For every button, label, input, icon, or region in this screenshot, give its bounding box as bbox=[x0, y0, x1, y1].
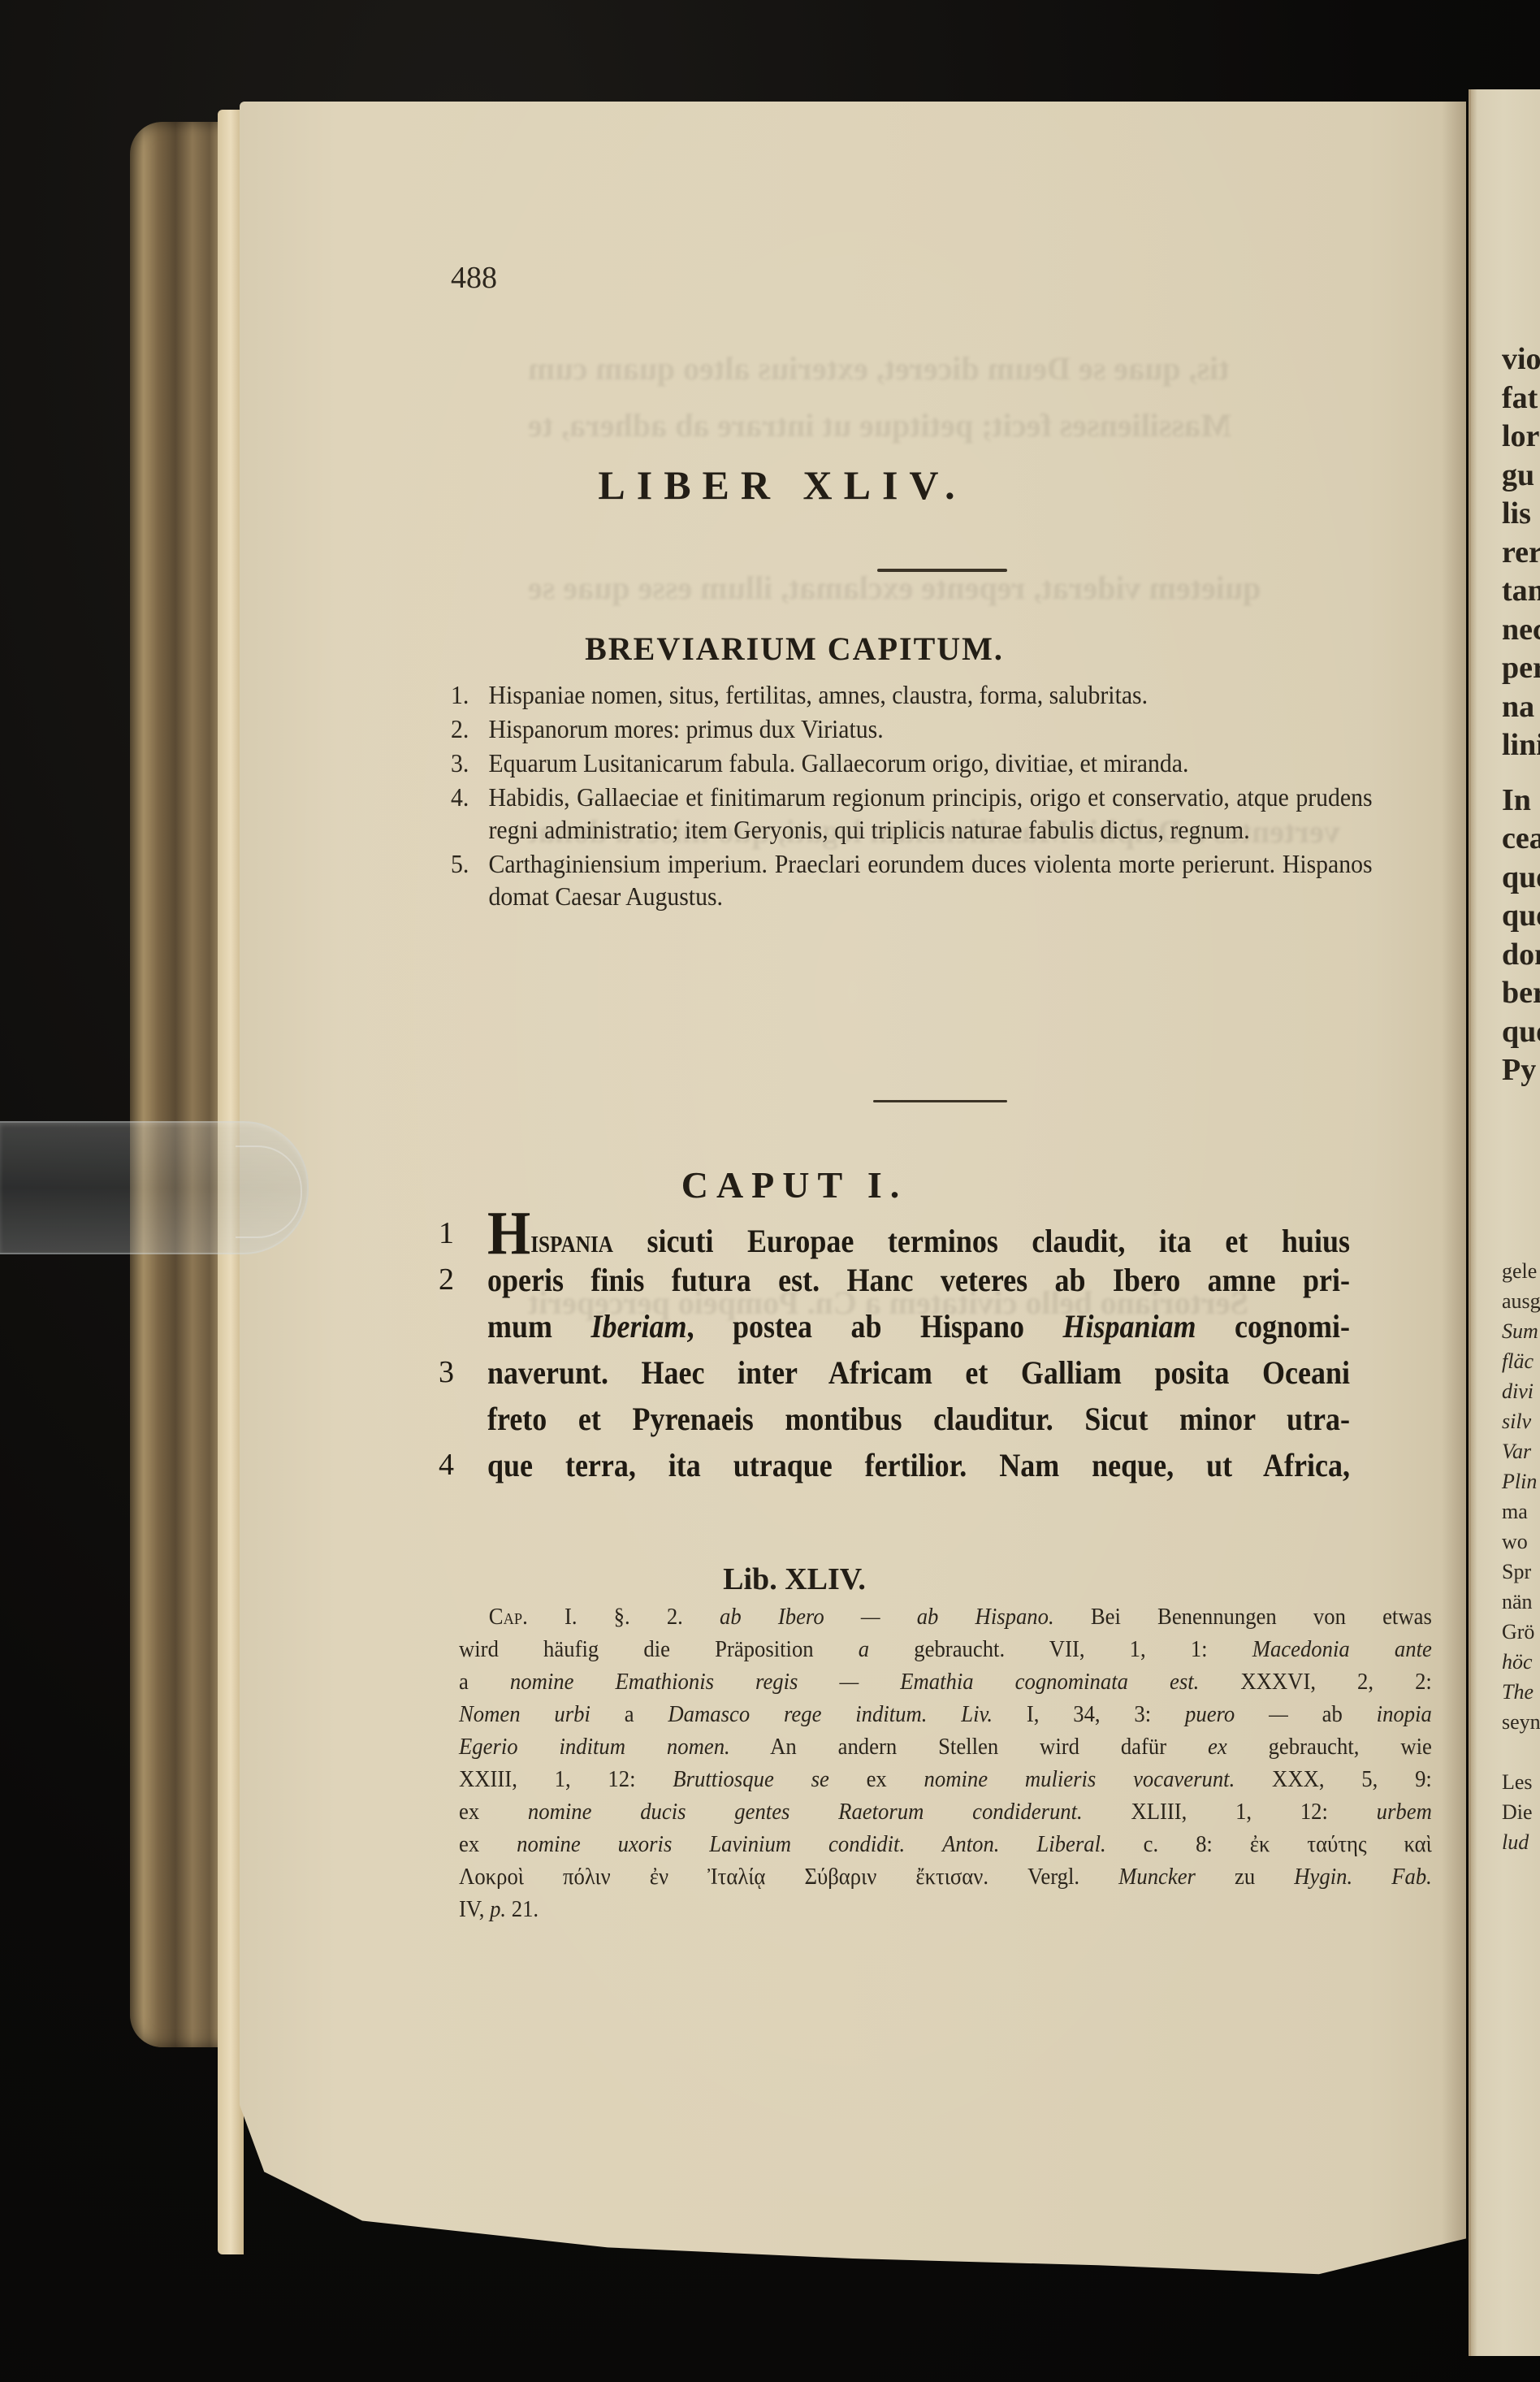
text-run: IV, bbox=[459, 1896, 490, 1922]
text-run: nomine ducis gentes Raetorum condiderunt… bbox=[479, 1799, 1083, 1825]
footnote-line: a nomine Emathionis regis — Emathia cogn… bbox=[459, 1665, 1432, 1698]
text-run: a bbox=[625, 1701, 634, 1727]
text-run: Muncker bbox=[1118, 1864, 1196, 1890]
text-run: ab Ibero — ab Hispano. bbox=[720, 1604, 1054, 1630]
text-run: ispania bbox=[530, 1223, 613, 1259]
item-number: 2. bbox=[451, 712, 489, 745]
verse-number bbox=[439, 1303, 487, 1349]
chapter-line-text: que terra, ita utraque fertilior. Nam ne… bbox=[487, 1442, 1350, 1488]
text-run: nomine uxoris Lavinium condidit. bbox=[479, 1831, 905, 1857]
next-page-note-fragment: höc bbox=[1502, 1650, 1533, 1674]
item-text: Hispanorum mores: primus dux Viriatus. bbox=[489, 712, 1373, 745]
signature-mark: Lib. XLIV. bbox=[0, 1561, 1540, 1597]
text-run: ex bbox=[1208, 1734, 1227, 1760]
text-run: Liv. bbox=[961, 1701, 993, 1727]
item-text: Equarum Lusitanicarum fabula. Gallaecoru… bbox=[489, 747, 1373, 779]
chapter-line: 2operis finis futura est. Hanc veteres a… bbox=[439, 1257, 1446, 1303]
text-run: Cap. I. §. 2. bbox=[489, 1604, 720, 1630]
next-page-note-fragment: silv bbox=[1502, 1410, 1531, 1434]
footnote-line: Egerio inditum nomen. An andern Stellen … bbox=[459, 1730, 1432, 1763]
breviarium-item: 3. Equarum Lusitanicarum fabula. Gallaec… bbox=[451, 747, 1373, 779]
next-page-note-fragment: Die bbox=[1502, 1800, 1533, 1825]
next-page-note-fragment: gele bbox=[1502, 1259, 1537, 1284]
next-page-text-fragment: lor bbox=[1502, 418, 1539, 454]
next-page-note-fragment: Les bbox=[1502, 1770, 1533, 1795]
chapter-line-text: naverunt. Haec inter Africam et Galliam … bbox=[487, 1349, 1350, 1396]
next-page-note-fragment: seyn bbox=[1502, 1710, 1540, 1735]
book-photo: viofatlorgulisrertannecpernaliniInceaque… bbox=[0, 0, 1540, 2382]
text-run: XLIII, 1, 12: bbox=[1083, 1799, 1377, 1825]
next-page-note-fragment: Var bbox=[1502, 1440, 1531, 1464]
chapter-line-text: freto et Pyrenaeis montibus clauditur. S… bbox=[487, 1396, 1350, 1442]
text-run: Bruttiosque se bbox=[673, 1766, 866, 1792]
text-run: Hispaniam bbox=[1063, 1308, 1196, 1345]
breviarium-item: 4. Habidis, Gallaeciae et finitimarum re… bbox=[451, 781, 1373, 846]
footnote-line: wird häufig die Präposition a gebraucht.… bbox=[459, 1633, 1432, 1665]
next-page-note-fragment: ausg bbox=[1502, 1289, 1540, 1314]
breviarium-item: 2. Hispanorum mores: primus dux Viriatus… bbox=[451, 712, 1373, 745]
text-run: nomine mulieris vocaverunt. bbox=[887, 1766, 1235, 1792]
text-run: naverunt. Haec inter Africam et Galliam … bbox=[487, 1354, 1350, 1391]
text-run: ex bbox=[867, 1766, 887, 1792]
text-run: ab bbox=[1322, 1701, 1343, 1727]
next-page-note-fragment: The bbox=[1502, 1680, 1534, 1704]
chapter-line: 3naverunt. Haec inter Africam et Galliam… bbox=[439, 1349, 1446, 1396]
chapter-line: 1Hispania sicuti Europae terminos claudi… bbox=[439, 1210, 1446, 1257]
footnote-line: Λοκροὶ πόλιν ἐν Ἰταλίᾳ Σύβαριν ἔκτισαν. … bbox=[459, 1860, 1432, 1893]
chapter-text: 1Hispania sicuti Europae terminos claudi… bbox=[439, 1210, 1446, 1488]
next-page-note-fragment: ma bbox=[1502, 1500, 1528, 1524]
section-rule bbox=[873, 1100, 1007, 1102]
chapter-line: 4que terra, ita utraque fertilior. Nam n… bbox=[439, 1442, 1446, 1488]
text-run: Anton. Liberal. bbox=[942, 1831, 1106, 1857]
next-page-note-fragment: fläc bbox=[1502, 1349, 1534, 1374]
text-run: Hygin. Fab. bbox=[1294, 1864, 1432, 1890]
next-page-note-fragment: Sum bbox=[1502, 1319, 1538, 1344]
item-number: 3. bbox=[451, 747, 489, 779]
next-page-text-fragment: lini bbox=[1502, 727, 1540, 763]
text-run: freto et Pyrenaeis montibus clauditur. S… bbox=[487, 1401, 1350, 1437]
next-page-text-fragment: tan bbox=[1502, 573, 1540, 608]
next-page-text-fragment: fat bbox=[1502, 380, 1538, 416]
verse-number: 2 bbox=[439, 1257, 487, 1303]
text-run: I, 34, 3: bbox=[993, 1701, 1185, 1727]
verse-number: 1 bbox=[439, 1210, 487, 1257]
next-page-text-fragment: que bbox=[1502, 898, 1540, 933]
text-run: XXIII, 1, 12: bbox=[459, 1766, 673, 1792]
text-run: operis finis futura est. Hanc veteres ab… bbox=[487, 1262, 1350, 1298]
text-run bbox=[905, 1831, 942, 1857]
chapter-line: freto et Pyrenaeis montibus clauditur. S… bbox=[439, 1396, 1446, 1442]
text-run: XXX, 5, 9: bbox=[1235, 1766, 1432, 1792]
footnote-line: ex nomine uxoris Lavinium condidit. Anto… bbox=[459, 1828, 1432, 1860]
text-run: zu bbox=[1196, 1864, 1294, 1890]
item-number: 1. bbox=[451, 678, 489, 711]
breviarium-heading: BREVIARIUM CAPITUM. bbox=[0, 630, 1540, 668]
next-page-note-fragment: lud bbox=[1502, 1830, 1529, 1855]
next-page-text-fragment: Py bbox=[1502, 1052, 1536, 1088]
next-page-note-fragment: wo bbox=[1502, 1530, 1528, 1554]
footnote-line: ex nomine ducis gentes Raetorum condider… bbox=[459, 1795, 1432, 1828]
next-page-text-fragment: don bbox=[1502, 937, 1540, 972]
verse-number: 4 bbox=[439, 1442, 487, 1488]
text-run: Vergl. bbox=[988, 1864, 1118, 1890]
next-page-text-fragment: na bbox=[1502, 689, 1534, 725]
breviarium-item: 5. Carthaginiensium imperium. Praeclari … bbox=[451, 847, 1373, 912]
text-run: ex bbox=[459, 1799, 479, 1825]
book-title: LIBER XLIV. bbox=[0, 461, 1540, 509]
show-through-text: tis, quae se Deum diceret, exterius alte… bbox=[528, 349, 1230, 388]
chapter-line-text: mum Iberiam, postea ab Hispano Hispaniam… bbox=[487, 1303, 1350, 1349]
text-run: a bbox=[859, 1636, 869, 1662]
breviarium-item: 1. Hispaniae nomen, situs, fertilitas, a… bbox=[451, 678, 1373, 711]
next-page-note-fragment: divi bbox=[1502, 1379, 1534, 1404]
item-text: Hispaniae nomen, situs, fertilitas, amne… bbox=[489, 678, 1373, 711]
text-run: sicuti Europae terminos claudit, ita et … bbox=[613, 1223, 1350, 1259]
text-run: nomine Emathionis regis — Emathia cognom… bbox=[510, 1669, 1199, 1695]
text-run: gebraucht, wie bbox=[1227, 1734, 1432, 1760]
next-page-text-fragment: ber bbox=[1502, 975, 1540, 1011]
text-run: que terra, ita utraque fertilior. Nam ne… bbox=[487, 1447, 1350, 1483]
text-run: gebraucht. VII, 1, 1: bbox=[869, 1636, 1252, 1662]
next-page-text-fragment: In bbox=[1502, 782, 1531, 818]
footnote-line: Nomen urbi a Damasco rege inditum. Liv. … bbox=[459, 1698, 1432, 1730]
footnote-line: XXIII, 1, 12: Bruttiosque se ex nomine m… bbox=[459, 1763, 1432, 1795]
item-number: 4. bbox=[451, 781, 489, 846]
text-run: Bei Benennungen von etwas bbox=[1054, 1604, 1432, 1630]
item-number: 5. bbox=[451, 847, 489, 912]
text-run: a bbox=[459, 1669, 510, 1695]
footnote-line: Cap. I. §. 2. ab Ibero — ab Hispano. Bei… bbox=[459, 1600, 1432, 1633]
text-run: urbem bbox=[1377, 1799, 1432, 1825]
next-page-text-fragment: rer bbox=[1502, 535, 1540, 570]
text-run: c. 8: ἐκ ταύτης καὶ bbox=[1106, 1831, 1432, 1857]
chapter-line: mum Iberiam, postea ab Hispano Hispaniam… bbox=[439, 1303, 1446, 1349]
text-run: mum bbox=[487, 1308, 590, 1345]
show-through-text: quietem viderat, repente exclamat, illum… bbox=[528, 569, 1261, 607]
chapter-line-text: Hispania sicuti Europae terminos claudit… bbox=[487, 1210, 1350, 1257]
footnote: Cap. I. §. 2. ab Ibero — ab Hispano. Bei… bbox=[459, 1600, 1434, 1925]
text-run: inopia bbox=[1343, 1701, 1432, 1727]
text-run: puero — bbox=[1185, 1701, 1322, 1727]
show-through-text: Massilienses fecit; petitque ut intrare … bbox=[528, 406, 1231, 444]
text-run: ex bbox=[459, 1831, 479, 1857]
footnote-line: IV, p. 21. bbox=[459, 1893, 1432, 1925]
text-run: Damasco rege inditum. bbox=[634, 1701, 928, 1727]
text-run: Macedonia ante bbox=[1252, 1636, 1432, 1662]
verse-number bbox=[439, 1396, 487, 1442]
title-rule bbox=[877, 569, 1007, 572]
next-page-text-fragment: que bbox=[1502, 1014, 1540, 1050]
page-number: 488 bbox=[451, 260, 497, 296]
text-run: 21. bbox=[506, 1896, 539, 1922]
text-run: p. bbox=[490, 1896, 506, 1922]
text-run: Nomen urbi bbox=[459, 1701, 625, 1727]
text-run: , postea ab Hispano bbox=[687, 1308, 1063, 1345]
item-text: Carthaginiensium imperium. Praeclari eor… bbox=[489, 847, 1373, 912]
text-run: An andern Stellen wird dafür bbox=[730, 1734, 1208, 1760]
text-run bbox=[927, 1701, 961, 1727]
next-page-text-fragment: que bbox=[1502, 860, 1540, 895]
text-run: cognomi- bbox=[1196, 1308, 1350, 1345]
item-text: Habidis, Gallaeciae et finitimarum regio… bbox=[489, 781, 1373, 846]
next-page-text-fragment: vio bbox=[1502, 341, 1540, 377]
text-run: Egerio inditum nomen. bbox=[459, 1734, 730, 1760]
text-run: Λοκροὶ πόλιν ἐν Ἰταλίᾳ Σύβαριν ἔκτισαν. bbox=[459, 1864, 988, 1890]
next-page-sliver: viofatlorgulisrertannecpernaliniInceaque… bbox=[1469, 89, 1540, 2356]
chapter-line-text: operis finis futura est. Hanc veteres ab… bbox=[487, 1257, 1350, 1303]
text-run: wird häufig die Präposition bbox=[459, 1636, 859, 1662]
next-page-note-fragment: Grö bbox=[1502, 1620, 1534, 1644]
text-run: Iberiam bbox=[590, 1308, 686, 1345]
next-page-text-fragment: cea bbox=[1502, 821, 1540, 856]
next-page-note-fragment: Plin bbox=[1502, 1470, 1537, 1494]
verse-number: 3 bbox=[439, 1349, 487, 1396]
text-run: XXXVI, 2, 2: bbox=[1199, 1669, 1432, 1695]
breviarium-list: 1. Hispaniae nomen, situs, fertilitas, a… bbox=[451, 678, 1373, 914]
